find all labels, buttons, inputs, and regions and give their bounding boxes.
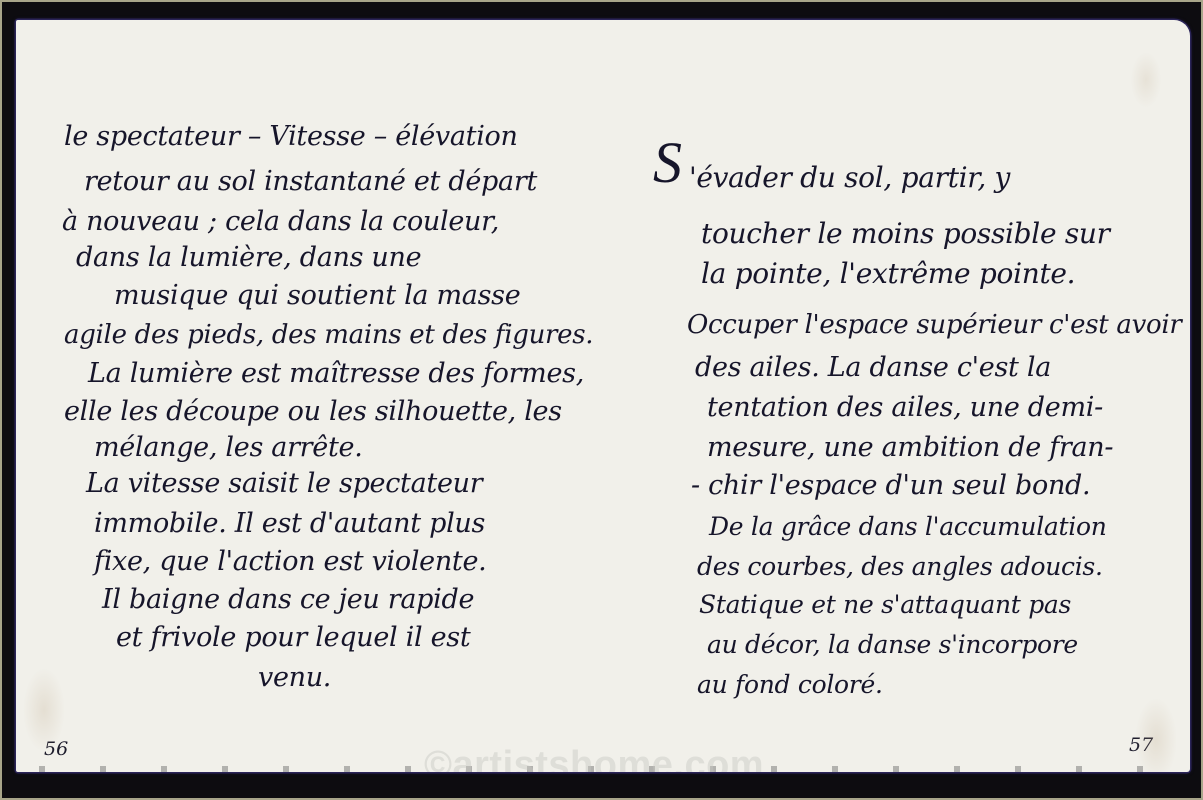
- black-mat-frame: le spectateur – Vitesse – élévation reto…: [2, 2, 1201, 798]
- copyright-watermark: ©artistshome.com: [424, 744, 764, 772]
- left-line-12: fixe, que l'action est violente.: [94, 548, 486, 575]
- page-number-left: 56: [44, 738, 68, 760]
- left-line-1: le spectateur – Vitesse – élévation: [64, 123, 518, 150]
- right-line-12: au décor, la danse s'incorpore: [707, 632, 1078, 657]
- left-line-6: agile des pieds, des mains et des figure…: [64, 322, 593, 348]
- drop-cap: S: [653, 134, 682, 192]
- left-line-9: mélange, les arrête.: [94, 434, 362, 461]
- right-line-9: De la grâce dans l'accumulation: [709, 514, 1107, 539]
- right-line-13: au fond coloré.: [697, 672, 883, 697]
- right-line-1: 'évader du sol, partir, y: [689, 164, 1010, 192]
- left-line-5: musique qui soutient la masse: [114, 282, 520, 309]
- manuscript-spread: le spectateur – Vitesse – élévation reto…: [16, 20, 1190, 772]
- left-line-2: retour au sol instantané et départ: [84, 168, 537, 195]
- right-line-4: Occuper l'espace supérieur c'est avoir: [687, 312, 1181, 338]
- left-line-8: elle les découpe ou les silhouette, les: [64, 398, 562, 425]
- left-line-11: immobile. Il est d'autant plus: [94, 510, 485, 537]
- left-line-10: La vitesse saisit le spectateur: [86, 470, 482, 497]
- right-page: S 'évader du sol, partir, y toucher le m…: [603, 20, 1190, 772]
- right-line-5: des ailes. La danse c'est la: [695, 354, 1051, 381]
- left-line-15: venu.: [258, 664, 331, 691]
- right-line-3: la pointe, l'extrême pointe.: [701, 260, 1075, 288]
- right-line-11: Statique et ne s'attaquant pas: [699, 592, 1071, 617]
- right-line-6: tentation des ailes, une demi-: [707, 394, 1103, 421]
- left-line-7: La lumière est maîtresse des formes,: [88, 360, 584, 387]
- right-line-10: des courbes, des angles adoucis.: [697, 554, 1103, 579]
- left-line-13: Il baigne dans ce jeu rapide: [102, 586, 474, 613]
- right-line-8: - chir l'espace d'un seul bond.: [691, 472, 1090, 499]
- left-line-14: et frivole pour lequel il est: [116, 624, 470, 651]
- right-line-2: toucher le moins possible sur: [701, 220, 1110, 248]
- left-line-4: dans la lumière, dans une: [76, 244, 421, 271]
- right-line-7: mesure, une ambition de fran-: [707, 434, 1113, 461]
- left-line-3: à nouveau ; cela dans la couleur,: [62, 208, 499, 235]
- page-number-right: 57: [1129, 734, 1153, 756]
- left-page: le spectateur – Vitesse – élévation reto…: [16, 20, 603, 772]
